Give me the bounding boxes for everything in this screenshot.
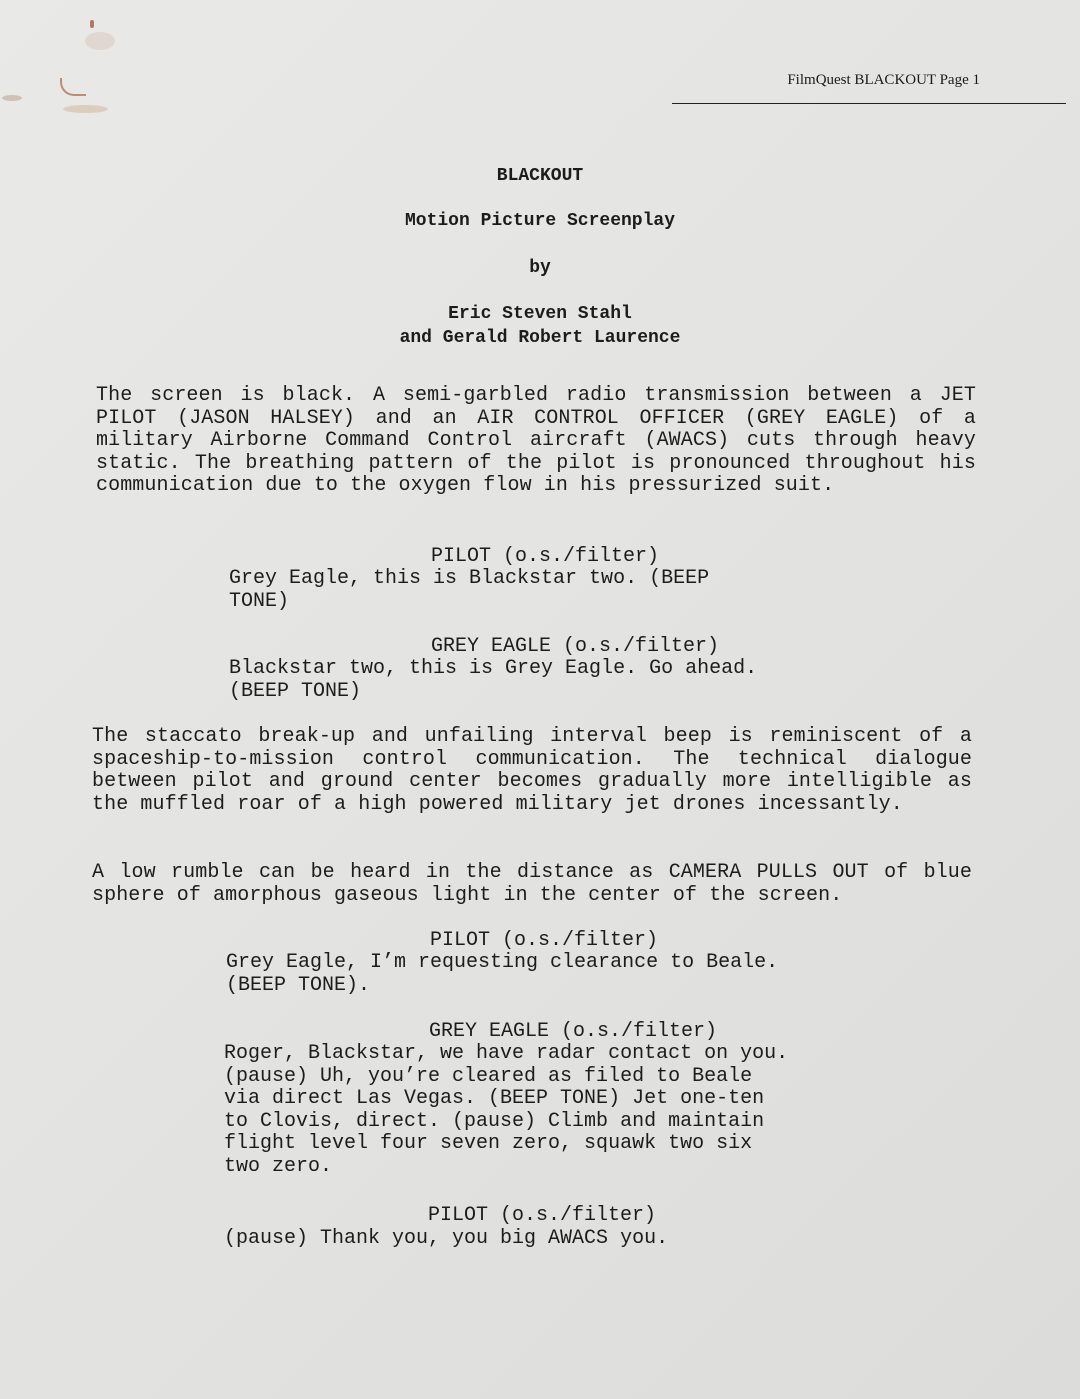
character-cue: PILOT (o.s./filter) bbox=[430, 930, 658, 952]
byline: by bbox=[0, 258, 1080, 278]
dialogue-line: Blackstar two, this is Grey Eagle. Go ah… bbox=[229, 658, 869, 703]
character-cue: PILOT (o.s./filter) bbox=[428, 1205, 656, 1227]
running-head: FilmQuest BLACKOUT Page 1 bbox=[787, 72, 980, 89]
dialogue-line: (pause) Thank you, you big AWACS you. bbox=[224, 1228, 864, 1251]
character-cue: GREY EAGLE (o.s./filter) bbox=[431, 636, 719, 658]
dialogue-line: Grey Eagle, I’m requesting clearance to … bbox=[226, 952, 866, 997]
action-paragraph: The staccato break-up and unfailing inte… bbox=[92, 726, 972, 816]
dialogue-line: Roger, Blackstar, we have radar contact … bbox=[224, 1043, 864, 1179]
character-cue: PILOT (o.s./filter) bbox=[431, 546, 659, 568]
action-paragraph: A low rumble can be heard in the distanc… bbox=[92, 862, 972, 907]
paper-stain bbox=[63, 105, 108, 113]
screenplay-subtitle: Motion Picture Screenplay bbox=[0, 211, 1080, 231]
screenplay-title: BLACKOUT bbox=[0, 166, 1080, 186]
paper-stain bbox=[2, 95, 22, 101]
paper-stain bbox=[90, 20, 94, 28]
paper-stain bbox=[60, 78, 86, 96]
dialogue-line: Grey Eagle, this is Blackstar two. (BEEP… bbox=[229, 568, 869, 613]
author-2: and Gerald Robert Laurence bbox=[0, 326, 1080, 350]
character-cue: GREY EAGLE (o.s./filter) bbox=[429, 1021, 717, 1043]
paper-stain bbox=[85, 32, 115, 50]
screenplay-page: FilmQuest BLACKOUT Page 1 BLACKOUT Motio… bbox=[0, 0, 1080, 1399]
header-rule bbox=[672, 103, 1066, 104]
author-1: Eric Steven Stahl bbox=[0, 302, 1080, 326]
action-paragraph: The screen is black. A semi-garbled radi… bbox=[96, 385, 976, 498]
authors: Eric Steven Stahl and Gerald Robert Laur… bbox=[0, 302, 1080, 350]
